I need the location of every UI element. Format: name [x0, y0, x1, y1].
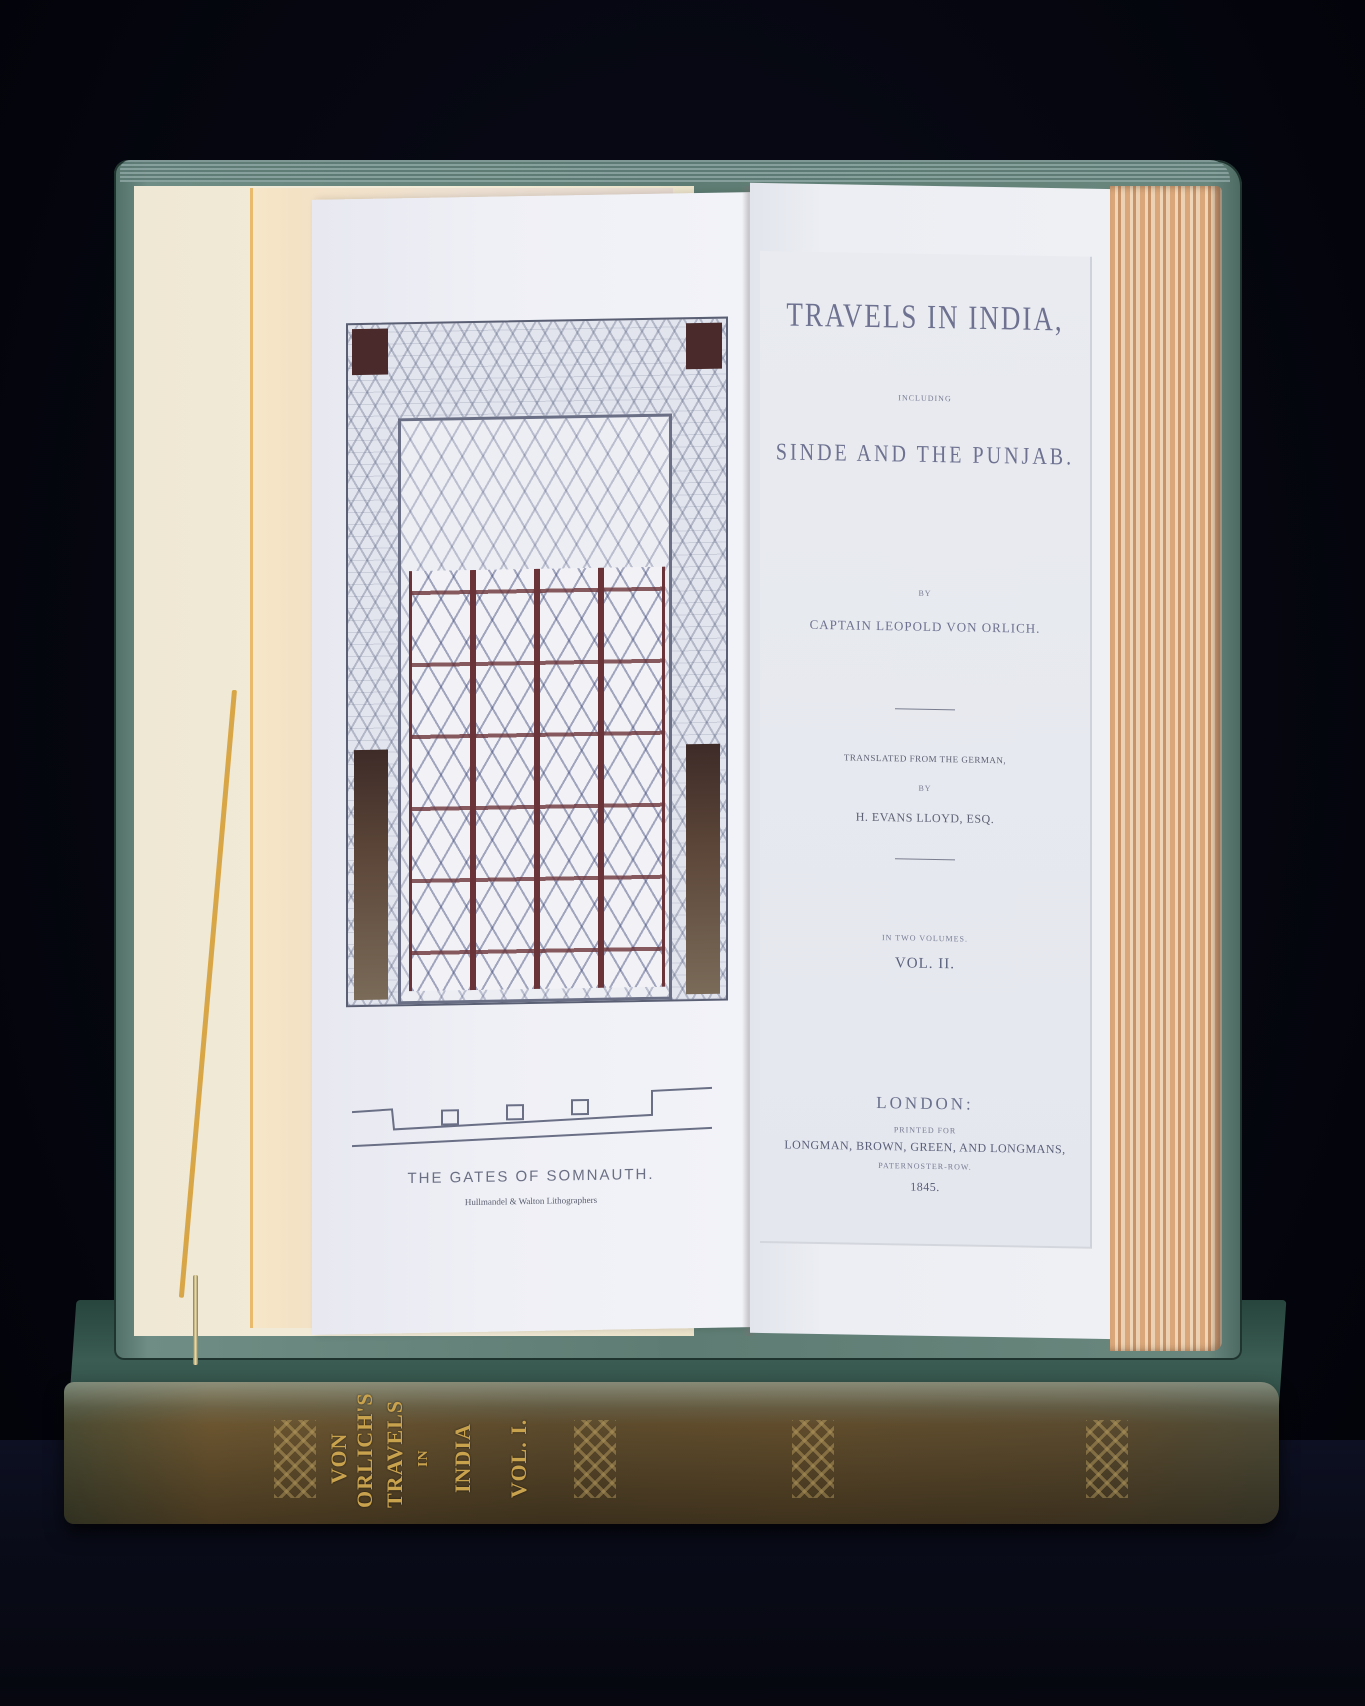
spine-title-in: IN — [416, 1408, 432, 1508]
left-pillar — [354, 749, 388, 1000]
spine-title-india: INDIA — [450, 1408, 476, 1508]
imprint-place: LONDON: — [760, 1091, 1090, 1117]
translator-by-label: BY — [760, 781, 1090, 796]
spine-ornament-icon — [274, 1420, 316, 1498]
author-name: CAPTAIN LEOPOLD VON ORLICH. — [760, 616, 1090, 638]
publisher-name: LONGMAN, BROWN, GREEN, AND LONGMANS, — [760, 1137, 1090, 1158]
spine-ornament-icon — [792, 1420, 834, 1498]
divider — [895, 858, 955, 860]
corner-ornament-icon — [352, 328, 388, 375]
spine-ornament-icon — [574, 1420, 616, 1498]
gates-engraving — [346, 317, 728, 1008]
spine-volume: VOL. I. — [506, 1408, 532, 1508]
volumes-note: IN TWO VOLUMES. — [760, 931, 1090, 946]
imprint-year: 1845. — [760, 1177, 1090, 1198]
door-panel-star-icon — [537, 568, 601, 989]
divider — [895, 708, 955, 710]
door-panel-star-icon — [473, 569, 537, 990]
corner-ornament-icon — [686, 323, 722, 370]
spine-ornament-icon — [1086, 1420, 1128, 1498]
spine-title-travels: TRAVELS — [382, 1408, 408, 1508]
title-page: TRAVELS IN INDIA, INCLUDING SINDE AND TH… — [750, 183, 1120, 1339]
door-panel-star-icon — [409, 570, 473, 991]
right-pillar — [686, 744, 720, 995]
brass-pin — [193, 1275, 198, 1365]
ground-plan-diagram — [352, 1078, 712, 1154]
printed-for-label: PRINTED FOR — [760, 1123, 1090, 1138]
translation-note: TRANSLATED FROM THE GERMAN, — [760, 751, 1090, 767]
title-plate-mark: TRAVELS IN INDIA, INCLUDING SINDE AND TH… — [760, 251, 1092, 1249]
closed-book-spine: VON ORLICH'S TRAVELS IN INDIA VOL. I. — [64, 1382, 1279, 1524]
by-label: BY — [760, 586, 1090, 601]
plate-caption: THE GATES OF SOMNAUTH. — [312, 1164, 750, 1189]
page-block-fore-edge — [1110, 186, 1222, 1351]
frontispiece-page: THE GATES OF SOMNAUTH. Hullmandel & Walt… — [312, 192, 750, 1335]
volume-label: VOL. II. — [760, 953, 1090, 976]
cover-headcap — [120, 160, 1230, 182]
book-subtitle: SINDE AND THE PUNJAB. — [760, 439, 1090, 472]
book-title: TRAVELS IN INDIA, — [760, 295, 1090, 340]
photo-scene: VON ORLICH'S TRAVELS IN INDIA VOL. I. — [0, 0, 1365, 1706]
spine-title-author: VON ORLICH'S — [326, 1408, 378, 1508]
gate-frame — [398, 414, 672, 1005]
plate-credit: Hullmandel & Walton Lithographers — [312, 1192, 750, 1210]
including-label: INCLUDING — [760, 391, 1090, 406]
publisher-address: PATERNOSTER-ROW. — [760, 1159, 1090, 1174]
door-panel-star-icon — [601, 567, 665, 988]
translator-name: H. EVANS LLOYD, ESQ. — [760, 808, 1090, 829]
